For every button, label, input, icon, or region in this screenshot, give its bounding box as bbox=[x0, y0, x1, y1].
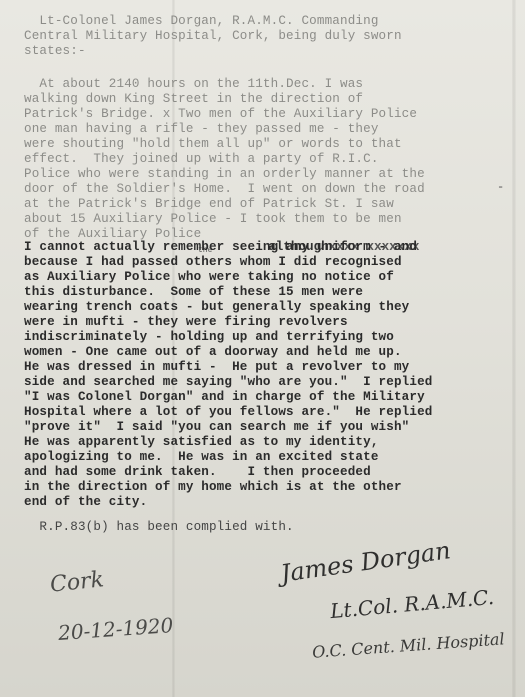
text-line: one man having a rifle - they passed me … bbox=[24, 122, 379, 137]
text-line: Police who were standing in an orderly m… bbox=[24, 167, 425, 182]
header-line: states:- bbox=[24, 44, 86, 59]
text-line: Patrick's Bridge. x Two men of the Auxil… bbox=[24, 107, 417, 122]
text-line: door of the Soldier's Home. I went on do… bbox=[24, 182, 425, 197]
text-line: side and searched me saying "who are you… bbox=[24, 375, 433, 390]
header-line: Lt-Colonel James Dorgan, R.A.M.C. Comman… bbox=[24, 14, 379, 29]
compliance-line: R.P.83(b) has been complied with. bbox=[24, 520, 294, 535]
text-line: women - One came out of a doorway and he… bbox=[24, 345, 402, 360]
text-line: at the Patrick's Bridge end of Patrick S… bbox=[24, 197, 394, 212]
text-line: effect. They joined up with a party of R… bbox=[24, 152, 379, 167]
text-line: Hospital where a lot of you fellows are.… bbox=[24, 405, 433, 420]
text-line: "I was Colonel Dorgan" and in charge of … bbox=[24, 390, 425, 405]
text-line: wearing trench coats - but generally spe… bbox=[24, 300, 409, 315]
text-line: about 15 Auxiliary Police - I took them … bbox=[24, 212, 402, 227]
paper-edge bbox=[512, 0, 516, 697]
header-line: Central Military Hospital, Cork, being d… bbox=[24, 29, 402, 44]
handwritten-date: 20-12-1920 bbox=[57, 613, 174, 645]
text-line: and had some drink taken. I then proceed… bbox=[24, 465, 371, 480]
text-line: He was apparently satisfied as to my ide… bbox=[24, 435, 379, 450]
text-line: were in mufti - they were firing revolve… bbox=[24, 315, 348, 330]
text-line: "prove it" I said "you can search me if … bbox=[24, 420, 409, 435]
text-line: indiscriminately - holding up and terrif… bbox=[24, 330, 394, 345]
text-line: He was dressed in mufti - He put a revol… bbox=[24, 360, 409, 375]
margin-dash: - bbox=[497, 180, 504, 194]
text-line: end of the city. bbox=[24, 495, 147, 510]
signature-title: O.C. Cent. Mil. Hospital bbox=[312, 629, 506, 661]
text-line: because I had passed others whom I did r… bbox=[24, 255, 402, 270]
handwritten-place: Cork bbox=[49, 567, 105, 598]
text-line: apologizing to me. He was in an excited … bbox=[24, 450, 379, 465]
signature-rank: Lt.Col. R.A.M.C. bbox=[329, 585, 495, 623]
text-line: I cannot actually remember seeing any un… bbox=[24, 240, 417, 255]
document-page: Lt-Colonel James Dorgan, R.A.M.C. Comman… bbox=[0, 0, 525, 697]
text-line: At about 2140 hours on the 11th.Dec. I w… bbox=[24, 77, 363, 92]
signature: James Dorgan bbox=[279, 536, 452, 588]
text-line: were shouting "hold them all up" or word… bbox=[24, 137, 402, 152]
text-line: as Auxiliary Police who were taking no n… bbox=[24, 270, 394, 285]
text-line: walking down King Street in the directio… bbox=[24, 92, 363, 107]
text-line: in the direction of my home which is at … bbox=[24, 480, 402, 495]
text-line: this disturbance. Some of these 15 men w… bbox=[24, 285, 363, 300]
